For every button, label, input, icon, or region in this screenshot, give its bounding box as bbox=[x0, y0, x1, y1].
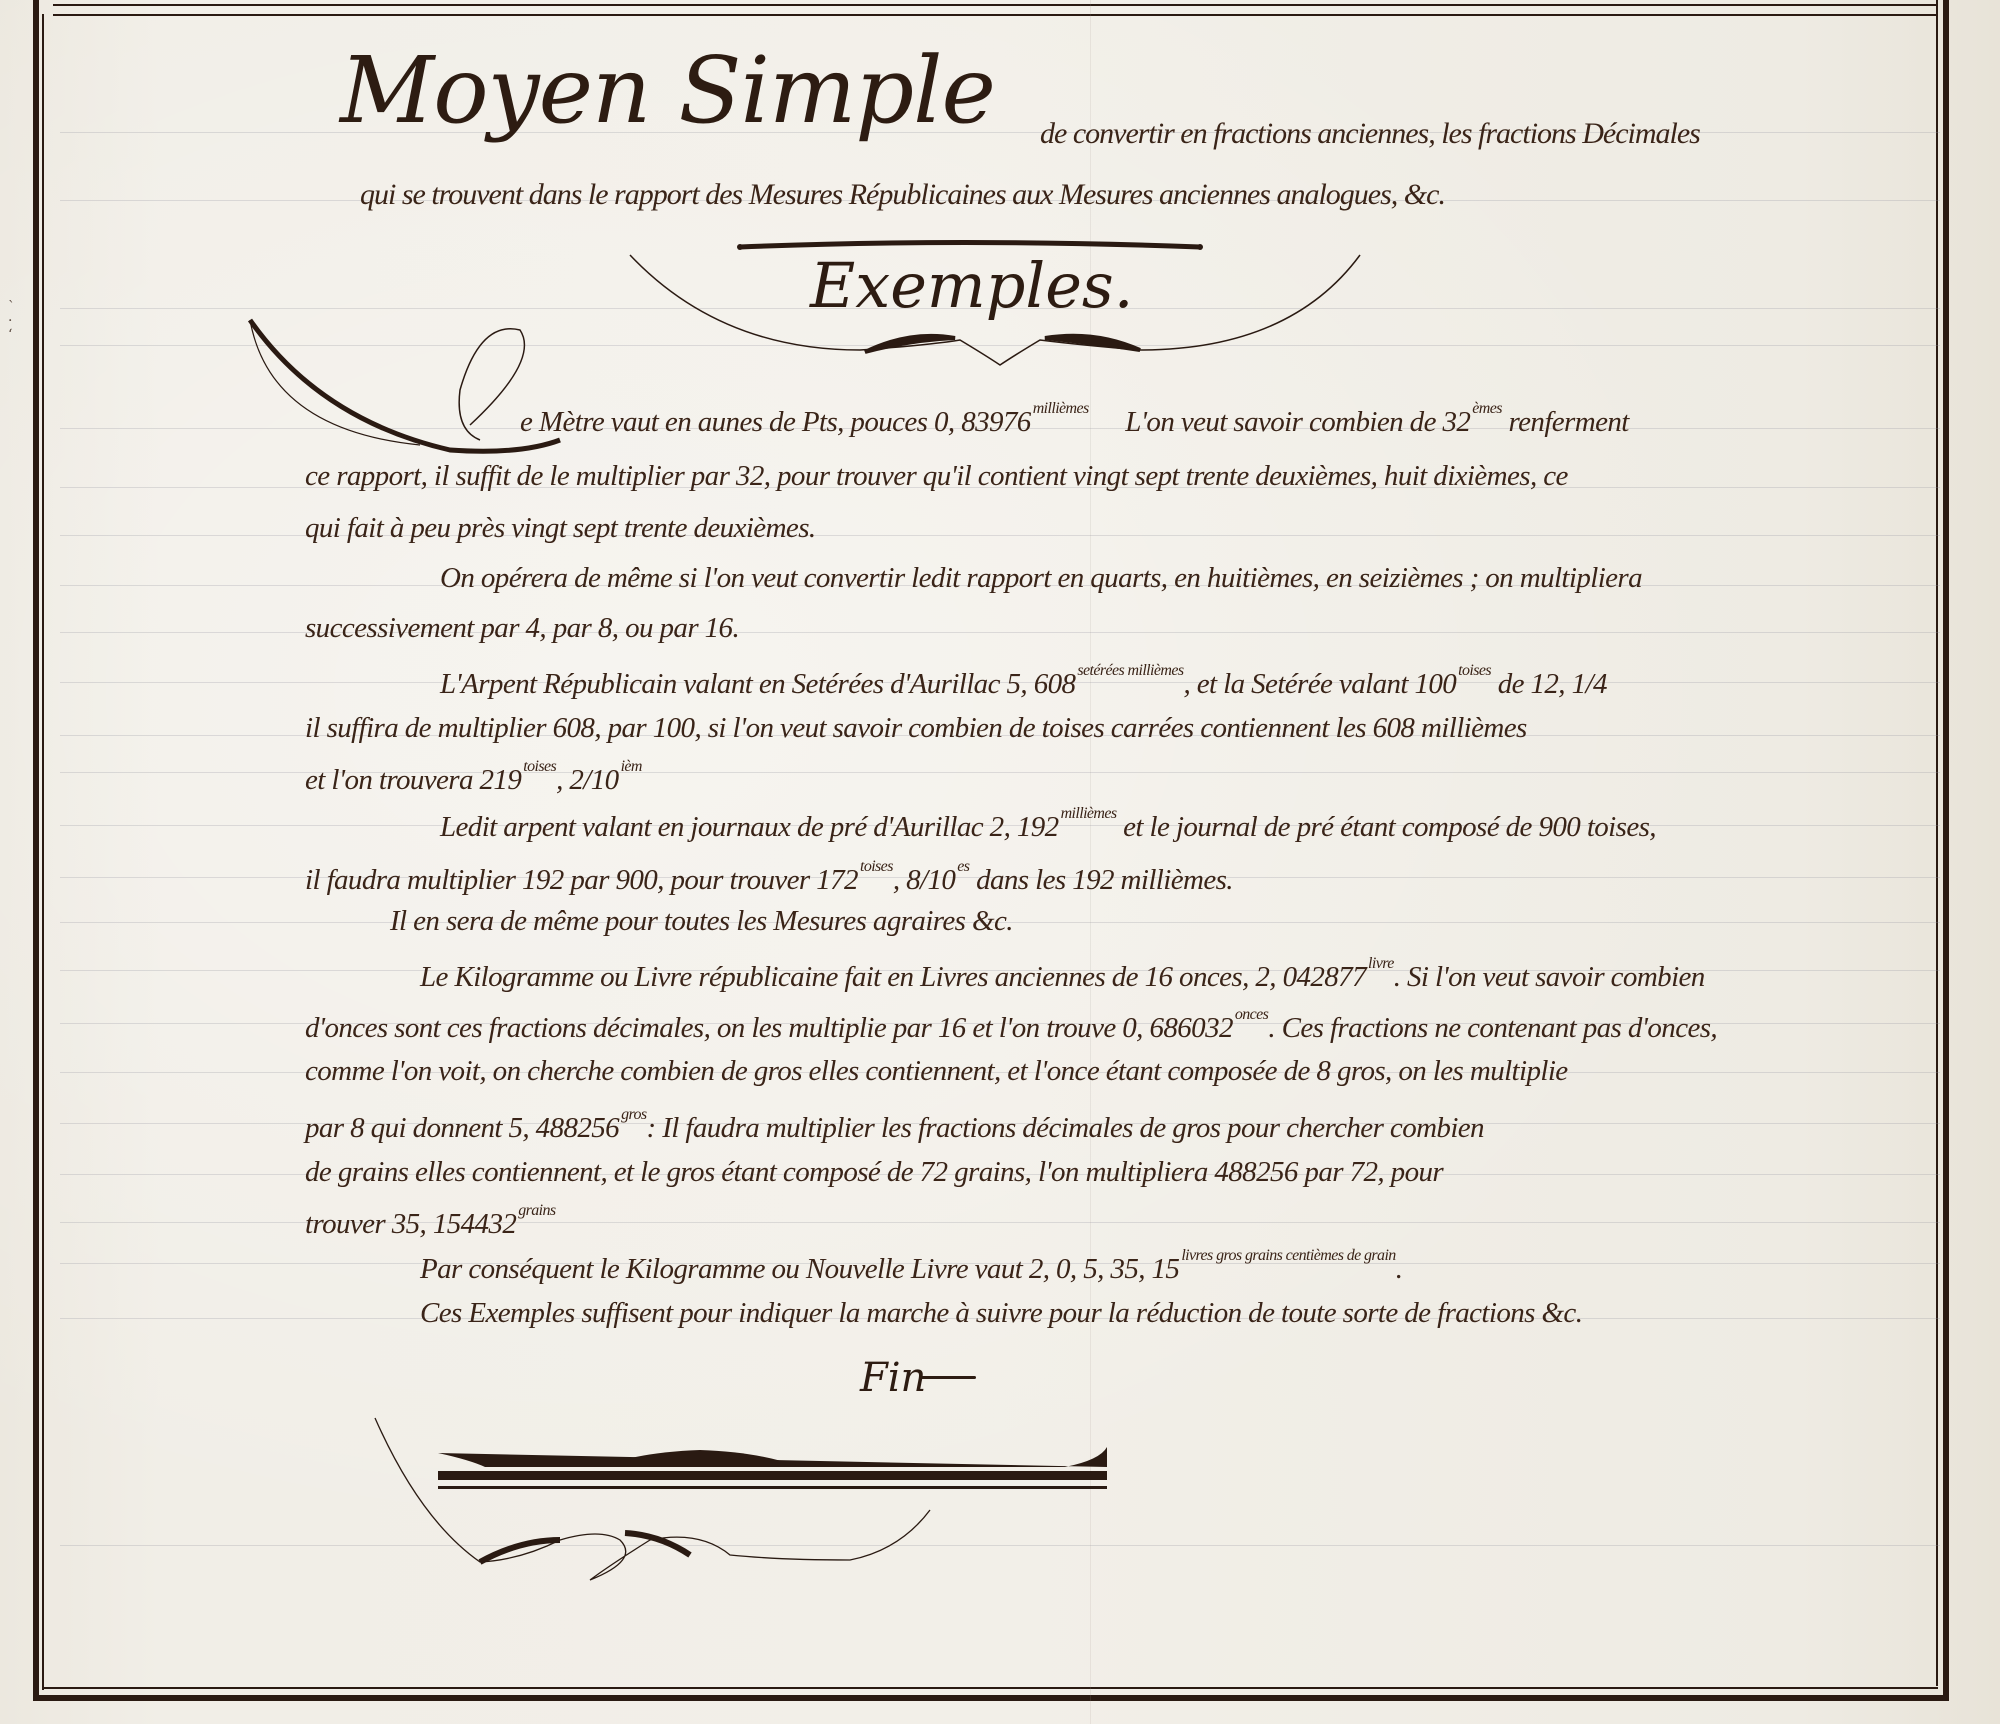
bottom-bars-ornament bbox=[0, 0, 2000, 1724]
